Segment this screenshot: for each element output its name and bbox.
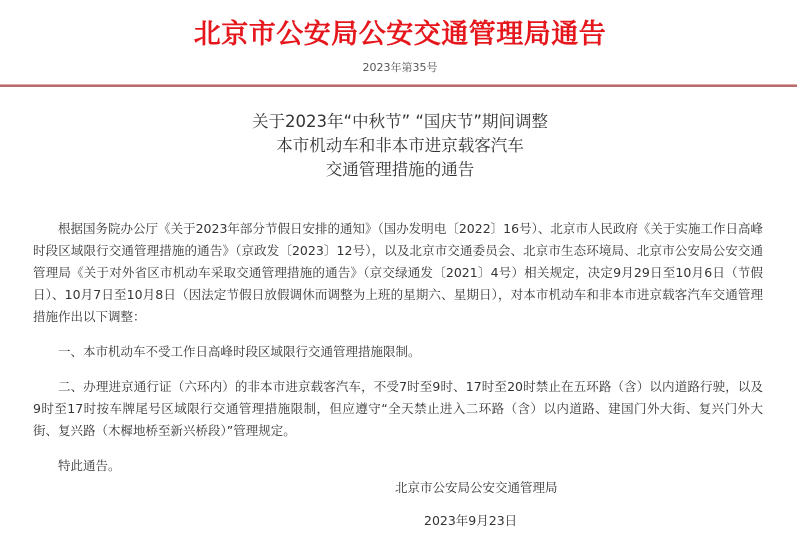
signing-organization: 北京市公安局公安交通管理局	[395, 478, 558, 496]
paragraph-item-1: 一、本市机动车不受工作日高峰时段区域限行交通管理措施限制。	[33, 341, 763, 363]
paragraph-item-2: 二、办理进京通行证（六环内）的非本市进京载客汽车，不受7时至9时、17时至20时…	[33, 376, 763, 442]
title-line-3: 交通管理措施的通告	[0, 158, 800, 182]
notice-body: 根据国务院办公厅《关于2023年部分节假日安排的通知》（国办发明电〔2022〕1…	[33, 218, 763, 490]
paragraph-closing: 特此通告。	[33, 455, 763, 477]
header-divider	[0, 84, 797, 87]
title-line-2: 本市机动车和非本市进京载客汽车	[0, 134, 800, 158]
notice-title: 关于2023年“中秋节” “国庆节”期间调整 本市机动车和非本市进京载客汽车 交…	[0, 110, 800, 182]
notice-masthead: 北京市公安局公安交通管理局通告	[0, 18, 800, 52]
title-line-1: 关于2023年“中秋节” “国庆节”期间调整	[0, 110, 800, 134]
signing-date: 2023年9月23日	[424, 511, 517, 529]
issue-number: 2023年第35号	[0, 60, 800, 76]
paragraph-basis: 根据国务院办公厅《关于2023年部分节假日安排的通知》（国办发明电〔2022〕1…	[33, 218, 763, 328]
